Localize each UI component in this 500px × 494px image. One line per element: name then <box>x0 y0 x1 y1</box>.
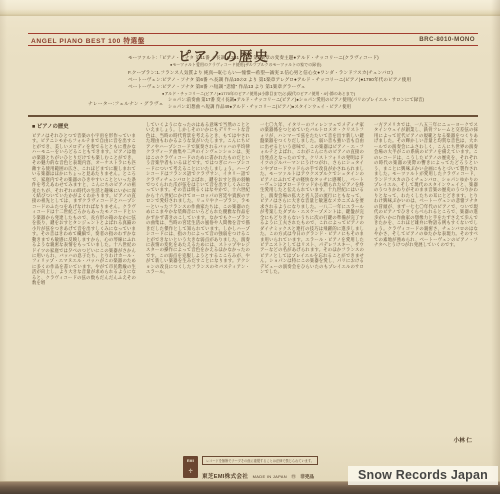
photo-left-edge <box>0 0 7 494</box>
special-selection-mark: ㊕ <box>291 474 295 479</box>
footer-text-block: レコードを無断でテープその他に複製することは法律で禁じられています。 東芝EMI… <box>202 456 318 483</box>
track-line-chopin-prelude: ショパン:前奏曲 第17番 変イ長調●アルド・チッコリーニ(ピアノ)●ショパン愛… <box>168 96 482 103</box>
track-line-beethoven-pathetique: ベートーヴェン:ピアノ・ソナタ 第8番 ハ短調 “悲愴” 作品13 より 第1楽… <box>128 83 482 90</box>
copy-caution-notice: レコードを無断でテープその他に複製することは法律で禁じられています。 <box>202 456 318 465</box>
photo-right-edge <box>491 0 500 494</box>
liner-notes-column-1: ■ ピアノの歴史 ピアノはそれひとつで音楽の小宇宙を形作っています。ピアニシモか… <box>32 122 136 452</box>
company-name: 東芝EMI株式会社 <box>202 474 248 480</box>
photo-top-edge <box>0 0 500 16</box>
made-in-japan-text: MADE IN JAPAN <box>253 474 287 479</box>
narrator-credit: ナレーター:フェルナン・グラヴェ <box>88 101 164 107</box>
liner-notes-heading: ■ ピアノの歴史 <box>32 122 136 130</box>
liner-notes-text-4: 一方アメリカでは、一八五三年にニューヨークでスタインウェイが創業し、鉄骨フレーム… <box>374 122 478 247</box>
emi-logo-text: EMI <box>187 459 194 463</box>
record-sleeve-photo: ANGEL PIANO BEST 100 特選盤 BRC-8010-MONO ピ… <box>0 0 500 494</box>
track-note-clavichord: ●モーツァルト愛用のクラヴィコード使用(ザルツブルクのモーツァルトの家での録音) <box>128 61 482 68</box>
series-label: ANGEL PIANO BEST 100 特選盤 <box>31 35 145 45</box>
track-line-couperin: F.クープラン:1.フランス人気質より 純真―恥じらい―憧憬―希望―誠実 2.信… <box>128 69 482 76</box>
liner-notes-column-3: 一七〇九年、イタリーのフィレンツェでメディチ家の楽器係をつとめていたバルトロメオ… <box>260 122 364 452</box>
liner-notes-text-3: 一七〇九年、イタリーのフィレンツェでメディチ家の楽器係をつとめていたバルトロメオ… <box>260 122 364 275</box>
angel-emi-logo: EMI ♱ <box>183 456 198 478</box>
track-line-beethoven-op10: ベートーヴェン:ピアノ・ソナタ 第6番 ヘ長調 作品10の2 より 第1楽章アレ… <box>128 76 482 83</box>
track-line-chopin-fantaisie: ショパン:幻想曲 ヘ短調 作品49●アルド・チッコリーニ(ピアノ)●スタインウェ… <box>168 103 482 110</box>
not-for-sale-text: 非売品 <box>300 474 314 479</box>
liner-notes-text-2: していくようになったのはある意味で当然のことといえましょう。しかしそのいかにもデ… <box>146 122 250 275</box>
divider-rule <box>28 115 478 117</box>
angel-icon: ♱ <box>188 469 193 475</box>
liner-notes-column-2: していくようになったのはある意味で当然のことといえましょう。しかしそのいかにもデ… <box>146 122 250 452</box>
snow-records-watermark: Snow Records Japan <box>348 466 498 485</box>
track-list: モーツァルト:「ピアノ・ソナタ 第11番 イ長調 K.331」より第1楽章の変奏… <box>128 54 482 98</box>
label-footer: EMI ♱ レコードを無断でテープその他に複製することは法律で禁じられています。… <box>183 456 333 483</box>
liner-notes-text-1: ピアノはそれひとつで音楽の小宇宙を形作っています。ピアニシモからフォルテまで自由… <box>32 133 136 286</box>
chopin-track-block: ショパン:前奏曲 第17番 変イ長調●アルド・チッコリーニ(ピアノ)●ショパン愛… <box>168 96 482 110</box>
track-line-mozart: モーツァルト:「ピアノ・ソナタ 第11番 イ長調 K.331」より第1楽章の変奏… <box>128 54 482 61</box>
catalog-number: BRC-8010-MONO <box>419 36 475 43</box>
author-signature: 小林 仁 <box>374 436 478 444</box>
liner-notes-column-4: 一方アメリカでは、一八五三年にニューヨークでスタインウェイが創業し、鉄骨フレーム… <box>374 122 478 440</box>
